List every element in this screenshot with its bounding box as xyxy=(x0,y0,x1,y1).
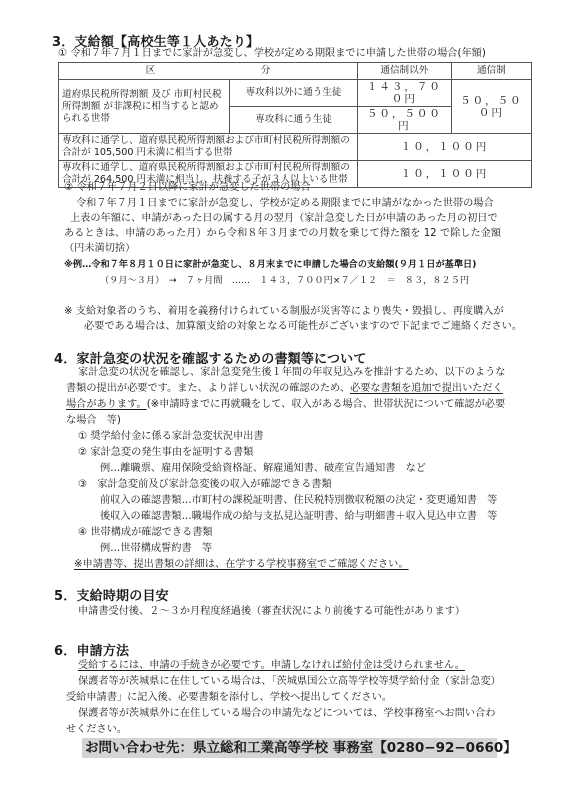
doc-item-3-after: 後収入の確認書類…職場作成の給与支払見込証明書、給与明細書＋収入見込申立書 等 xyxy=(100,510,497,523)
section5-text: 申請書受付後、２～３か月程度経過後（審査状況により前後する可能性があります） xyxy=(78,605,465,618)
section3-sub1: ① 令和７年７月１日までに家計が急変し、学校が定める期限までに申請した世帯の場合… xyxy=(58,47,486,60)
doc-item-1: ① 奨学給付金に係る家計急変状況申出書 xyxy=(78,430,264,443)
section4-intro-line3: 場合があります。(※申請時までに再就職をして、収入がある場合、世帯状況について確… xyxy=(66,398,505,411)
section4-intro-line2b: 必要な書類を追加で提出いただく xyxy=(350,383,503,394)
section6-line2: 保護者等が茨城県に在住している場合は、「茨城県国公立高等学校等奨学給付金（家計急… xyxy=(78,675,501,688)
section4-heading: 4．家計急変の状況を確認するための書類等について xyxy=(54,348,367,367)
doc-item-2: ② 家計急変の発生事由を証明する書類 xyxy=(78,446,253,459)
section3-sub2-line4: （円未満切捨） xyxy=(64,242,135,255)
example-line2: （９月～３月） → ７ヶ月間 …… １４３，７００円×７／１２ ＝ ８３，８２５… xyxy=(100,275,469,287)
doc-item-3-before: 前収入の確認書類…市町村の課税証明書、住民税特別徴収税額の決定・変更通知書 等 xyxy=(100,494,497,507)
doc-item-3: ③ 家計急変前及び家計急変後の収入が確認できる書類 xyxy=(78,478,332,491)
section4-intro-line3a: 場合があります。 xyxy=(66,399,147,410)
table-cell-amount-non-major: １４３，７００円 xyxy=(357,80,451,107)
uniform-note-line2: 必要である場合は、加算額支給の対象となる可能性がございますので下記までご連絡くだ… xyxy=(84,320,522,333)
table-cell-major: 専攻科に通う生徒 xyxy=(230,107,358,134)
section3-sub2: ② 令和７年７月２日以降に家計が急変した世帯の場合 xyxy=(64,181,311,194)
uniform-note-line1: ※ 支給対象者のうち、着用を義務付けられている制服が災害等により喪失・毀損し、再… xyxy=(64,305,504,318)
doc-item-4-example: 例…世帯構成誓約書 等 xyxy=(100,542,212,555)
doc-item-4: ④ 世帯構成が確認できる書類 xyxy=(78,526,213,539)
section6-line4: 保護者等が茨城県外に在住している場合の申請先などについては、学校事務室へお問い合… xyxy=(78,707,495,720)
section4-intro-line4: な場合 等) xyxy=(66,414,121,427)
amount-table: 区 分 通信制以外 通信制 道府県民税所得割額 及び 市町村民税所得割額 が非課… xyxy=(58,62,532,188)
table-row-105500-category: 専攻科に通学し、道府県民税所得割額および市町村民税所得割額の合計が 105,50… xyxy=(59,134,358,161)
section5-heading: 5．支給時期の目安 xyxy=(54,585,169,604)
table-cell-amount-major: ５０，５００円 xyxy=(357,107,451,134)
table-cell-amount-correspondence: ５０，５００円 xyxy=(451,80,531,134)
table-row-nontaxable-category: 道府県民税所得割額 及び 市町村民税所得割額 が非課税に相当すると認められる世帯 xyxy=(59,80,230,134)
table-cell-amount-105500: １０，１００円 xyxy=(357,134,531,161)
contact-banner: お問い合わせ先：県立総和工業高等学校 事務室【0280−92−0660】 xyxy=(82,738,497,758)
section6-line5: せください。 xyxy=(66,723,127,736)
table-header-regular: 通信制以外 xyxy=(357,63,451,80)
section6-heading: 6．申請方法 xyxy=(54,640,129,659)
section6-line3: 受給申請書」に記入後、必要書類を添付し、学校へ提出してください。 xyxy=(66,691,392,704)
section3-sub2-line1: 令和７年７月１日までに家計が急変し、学校が定める期限までに申請がなかった世帯の場… xyxy=(76,197,494,210)
table-header-correspondence: 通信制 xyxy=(451,63,531,80)
section4-intro-line2: 書類の提出が必要です。また、より詳しい状況の確認のため、必要な書類を追加で提出い… xyxy=(66,382,503,395)
example-line1: ※例…令和７年８月１０日に家計が急変し、８月末までに申請した場合の支給額(９月１… xyxy=(64,259,476,271)
section4-intro-line1: 家計急変の状況を確認し、家計急変発生後１年間の年収見込みを推計するため、以下のよ… xyxy=(78,366,505,379)
table-cell-amount-264500: １０，１００円 xyxy=(357,161,531,188)
section4-intro-line2a: 書類の提出が必要です。また、より詳しい状況の確認のため、 xyxy=(66,383,350,394)
section3-sub2-line2: 上表の年額に、申請があった日の属する月の翌月（家計急変した日が申請のあった月の初… xyxy=(70,212,498,225)
doc-item-2-example: 例…離職票、雇用保険受給資格証、解雇通知書、破産宣告通知書 など xyxy=(100,462,426,475)
table-header-category: 区 分 xyxy=(59,63,358,80)
section6-line1: 受給するには、申請の手続きが必要です。申請しなければ給付金は受けられません。 xyxy=(78,659,465,672)
section4-footnote: ※申請書等、提出書類の詳細は、在学する学校事務室でご確認ください。 xyxy=(74,558,409,571)
section4-intro-line3b: (※申請時までに再就職をして、収入がある場合、世帯状況について確認が必要 xyxy=(147,399,505,410)
section3-sub2-line3: あるときは、申請のあった月）から令和８年３月までの月数を乗じて得た額を 12 で… xyxy=(64,227,501,240)
table-cell-non-major: 専攻科以外に通う生徒 xyxy=(230,80,358,107)
